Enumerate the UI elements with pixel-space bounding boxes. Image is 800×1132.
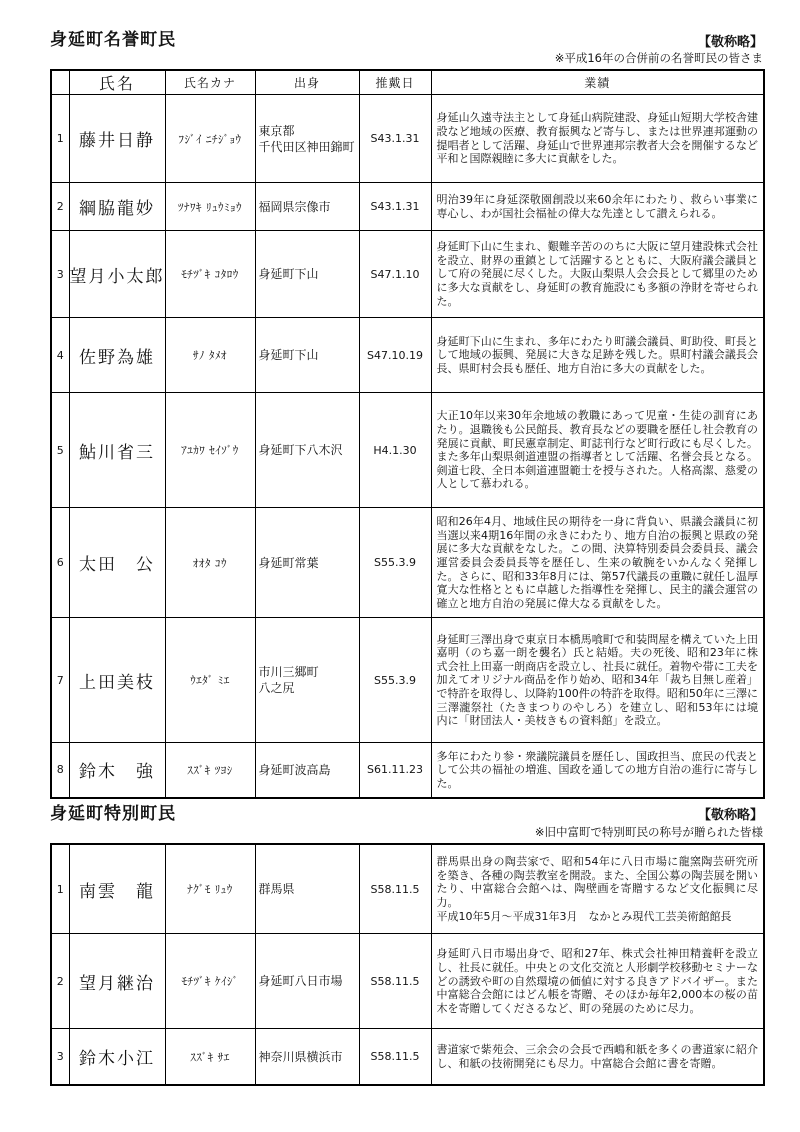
citizen-achievement-cell: 群馬県出身の陶芸家で、昭和54年に八日市場に龍窯陶芸研究所を築き、各種の陶芸教室… <box>431 844 764 934</box>
citizen-origin-cell: 福岡県宗像市 <box>255 183 359 231</box>
citizen-origin-cell: 身延町八日市場 <box>255 934 359 1029</box>
section-header: 身延町特別町民 【敬称略】 <box>50 804 763 824</box>
citizen-name-cell: 太田 公 <box>69 508 165 618</box>
special-citizens-table: 1 南雲 龍 ﾅｸﾞﾓ ﾘｭｳ 群馬県 S58.11.5 群馬県出身の陶芸家で、… <box>50 843 765 1086</box>
citizen-table-row: 7 上田美枝 ｳｴﾀﾞ ﾐｴ 市川三郷町 八之尻 S55.3.9 身延町三澤出身… <box>51 618 764 743</box>
section-title: 身延町名誉町民 <box>50 30 176 50</box>
row-number-cell: 6 <box>51 508 69 618</box>
citizen-table-row: 2 綱脇龍妙 ﾂﾅﾜｷ ﾘｭｳﾐｮｳ 福岡県宗像市 S43.1.31 明治39年… <box>51 183 764 231</box>
citizen-origin-cell: 群馬県 <box>255 844 359 934</box>
citizen-name-cell: 鈴木 強 <box>69 743 165 798</box>
citizen-origin-cell: 身延町下八木沢 <box>255 393 359 508</box>
recommendation-date-cell: S47.10.19 <box>359 318 431 393</box>
citizen-kana-cell: ｱﾕｶﾜ ｾｲｿﾞｳ <box>165 393 255 508</box>
citizen-kana-cell: ｳｴﾀﾞ ﾐｴ <box>165 618 255 743</box>
recommendation-date-cell: S47.1.10 <box>359 231 431 318</box>
citizen-origin-cell: 神奈川県横浜市 <box>255 1029 359 1085</box>
citizen-kana-cell: ﾓﾁﾂﾞｷ ｹｲｼﾞ <box>165 934 255 1029</box>
citizen-achievement-cell: 身延町三澤出身で東京日本橋馬喰町で和装問屋を構えていた上田嘉明（のち嘉一朗を襲名… <box>431 618 764 743</box>
row-number-cell: 2 <box>51 934 69 1029</box>
section-honorary-citizens: 身延町名誉町民 【敬称略】 ※平成16年の合併前の名誉町民の皆さま 氏名 氏名カ… <box>50 30 763 799</box>
recommendation-date-cell: S55.3.9 <box>359 508 431 618</box>
citizen-origin-cell: 東京都 千代田区神田錦町 <box>255 95 359 183</box>
citizen-name-cell: 鮎川省三 <box>69 393 165 508</box>
recommendation-date-cell: S43.1.31 <box>359 95 431 183</box>
citizen-table-row: 5 鮎川省三 ｱﾕｶﾜ ｾｲｿﾞｳ 身延町下八木沢 H4.1.30 大正10年以… <box>51 393 764 508</box>
citizen-origin-cell: 身延町常葉 <box>255 508 359 618</box>
row-number-cell: 4 <box>51 318 69 393</box>
citizen-kana-cell: ｵｵﾀ ｺｳ <box>165 508 255 618</box>
citizen-name-cell: 佐野為雄 <box>69 318 165 393</box>
citizen-name-cell: 鈴木小江 <box>69 1029 165 1085</box>
citizen-kana-cell: ｽｽﾞｷ ｻｴ <box>165 1029 255 1085</box>
row-number-cell: 5 <box>51 393 69 508</box>
date-column-header: 推戴日 <box>359 70 431 95</box>
citizen-achievement-cell: 書道家で紫苑会、三余会の会長で西嶋和紙を多くの書道家に紹介し、和紙の技術開発にも… <box>431 1029 764 1085</box>
citizen-name-cell: 藤井日静 <box>69 95 165 183</box>
citizen-name-cell: 望月小太郎 <box>69 231 165 318</box>
citizen-kana-cell: ﾂﾅﾜｷ ﾘｭｳﾐｮｳ <box>165 183 255 231</box>
citizen-table-row: 4 佐野為雄 ｻﾉ ﾀﾒｵ 身延町下山 S47.10.19 身延町下山に生まれ、… <box>51 318 764 393</box>
citizen-achievement-cell: 昭和26年4月、地域住民の期待を一身に背負い、県議会議員に初当選以来4期16年間… <box>431 508 764 618</box>
citizen-name-cell: 綱脇龍妙 <box>69 183 165 231</box>
recommendation-date-cell: S58.11.5 <box>359 844 431 934</box>
citizen-achievement-cell: 身延町下山に生まれ、艱難辛苦ののちに大阪に望月建設株式会社を設立、財界の重鎮とし… <box>431 231 764 318</box>
recommendation-date-cell: H4.1.30 <box>359 393 431 508</box>
citizen-kana-cell: ﾌｼﾞｲ ﾆﾁｼﾞｮｳ <box>165 95 255 183</box>
citizen-achievement-cell: 身延町八日市場出身で、昭和27年、株式会社神田精養軒を設立し、社長に就任。中央と… <box>431 934 764 1029</box>
recommendation-date-cell: S58.11.5 <box>359 934 431 1029</box>
honorary-citizens-table: 氏名 氏名カナ 出身 推戴日 業績 1 藤井日静 ﾌｼﾞｲ ﾆﾁｼﾞｮｳ 東京都… <box>50 69 765 799</box>
row-number-cell: 3 <box>51 1029 69 1085</box>
citizen-origin-cell: 身延町波高島 <box>255 743 359 798</box>
citizen-achievement-cell: 多年にわたり参・衆議院議員を歴任し、国政担当、庶民の代表として公共の福祉の増進、… <box>431 743 764 798</box>
row-number-cell: 7 <box>51 618 69 743</box>
section-note: ※旧中富町で特別町民の称号が贈られた皆様 <box>50 826 763 840</box>
citizen-achievement-cell: 明治39年に身延深敬園創設以来60余年にわたり、救らい事業に専心し、わが国社会福… <box>431 183 764 231</box>
recommendation-date-cell: S43.1.31 <box>359 183 431 231</box>
origin-column-header: 出身 <box>255 70 359 95</box>
citizen-table-row: 1 藤井日静 ﾌｼﾞｲ ﾆﾁｼﾞｮｳ 東京都 千代田区神田錦町 S43.1.31… <box>51 95 764 183</box>
citizen-origin-cell: 身延町下山 <box>255 231 359 318</box>
recommendation-date-cell: S55.3.9 <box>359 618 431 743</box>
number-column-header <box>51 70 69 95</box>
citizen-table-row: 6 太田 公 ｵｵﾀ ｺｳ 身延町常葉 S55.3.9 昭和26年4月、地域住民… <box>51 508 764 618</box>
row-number-cell: 1 <box>51 95 69 183</box>
section-header: 身延町名誉町民 【敬称略】 <box>50 30 763 50</box>
citizen-achievement-cell: 大正10年以来30年余地域の教職にあって児童・生徒の訓育にあたり。退職後も公民館… <box>431 393 764 508</box>
citizen-table-row: 3 望月小太郎 ﾓﾁﾂﾞｷ ｺﾀﾛｳ 身延町下山 S47.1.10 身延町下山に… <box>51 231 764 318</box>
name-column-header: 氏名 <box>69 70 165 95</box>
row-number-cell: 1 <box>51 844 69 934</box>
row-number-cell: 2 <box>51 183 69 231</box>
honorific-abbreviation-label: 【敬称略】 <box>698 35 763 51</box>
citizen-achievement-cell: 身延町下山に生まれ、多年にわたり町議会議員、町助役、町長として地域の振興、発展に… <box>431 318 764 393</box>
citizen-name-cell: 望月継治 <box>69 934 165 1029</box>
citizen-achievement-cell: 身延山久遠寺法主として身延山病院建設、身延山短期大学校舎建設など地域の医療、教育… <box>431 95 764 183</box>
table-header-row: 氏名 氏名カナ 出身 推戴日 業績 <box>51 70 764 95</box>
citizen-name-cell: 南雲 龍 <box>69 844 165 934</box>
citizen-kana-cell: ﾓﾁﾂﾞｷ ｺﾀﾛｳ <box>165 231 255 318</box>
section-special-citizens: 身延町特別町民 【敬称略】 ※旧中富町で特別町民の称号が贈られた皆様 1 南雲 … <box>50 804 763 1086</box>
row-number-cell: 3 <box>51 231 69 318</box>
citizen-table-row: 8 鈴木 強 ｽｽﾞｷ ﾂﾖｼ 身延町波高島 S61.11.23 多年にわたり参… <box>51 743 764 798</box>
citizen-kana-cell: ﾅｸﾞﾓ ﾘｭｳ <box>165 844 255 934</box>
citizen-origin-cell: 市川三郷町 八之尻 <box>255 618 359 743</box>
citizen-table-row: 1 南雲 龍 ﾅｸﾞﾓ ﾘｭｳ 群馬県 S58.11.5 群馬県出身の陶芸家で、… <box>51 844 764 934</box>
kana-column-header: 氏名カナ <box>165 70 255 95</box>
achievement-column-header: 業績 <box>431 70 764 95</box>
section-title: 身延町特別町民 <box>50 804 176 824</box>
citizen-origin-cell: 身延町下山 <box>255 318 359 393</box>
citizen-table-row: 2 望月継治 ﾓﾁﾂﾞｷ ｹｲｼﾞ 身延町八日市場 S58.11.5 身延町八日… <box>51 934 764 1029</box>
honorific-abbreviation-label: 【敬称略】 <box>698 808 763 824</box>
document-page: 身延町名誉町民 【敬称略】 ※平成16年の合併前の名誉町民の皆さま 氏名 氏名カ… <box>0 0 800 1086</box>
citizen-table-row: 3 鈴木小江 ｽｽﾞｷ ｻｴ 神奈川県横浜市 S58.11.5 書道家で紫苑会、… <box>51 1029 764 1085</box>
citizen-name-cell: 上田美枝 <box>69 618 165 743</box>
section-note: ※平成16年の合併前の名誉町民の皆さま <box>50 52 763 66</box>
recommendation-date-cell: S58.11.5 <box>359 1029 431 1085</box>
recommendation-date-cell: S61.11.23 <box>359 743 431 798</box>
citizen-kana-cell: ｽｽﾞｷ ﾂﾖｼ <box>165 743 255 798</box>
row-number-cell: 8 <box>51 743 69 798</box>
citizen-kana-cell: ｻﾉ ﾀﾒｵ <box>165 318 255 393</box>
